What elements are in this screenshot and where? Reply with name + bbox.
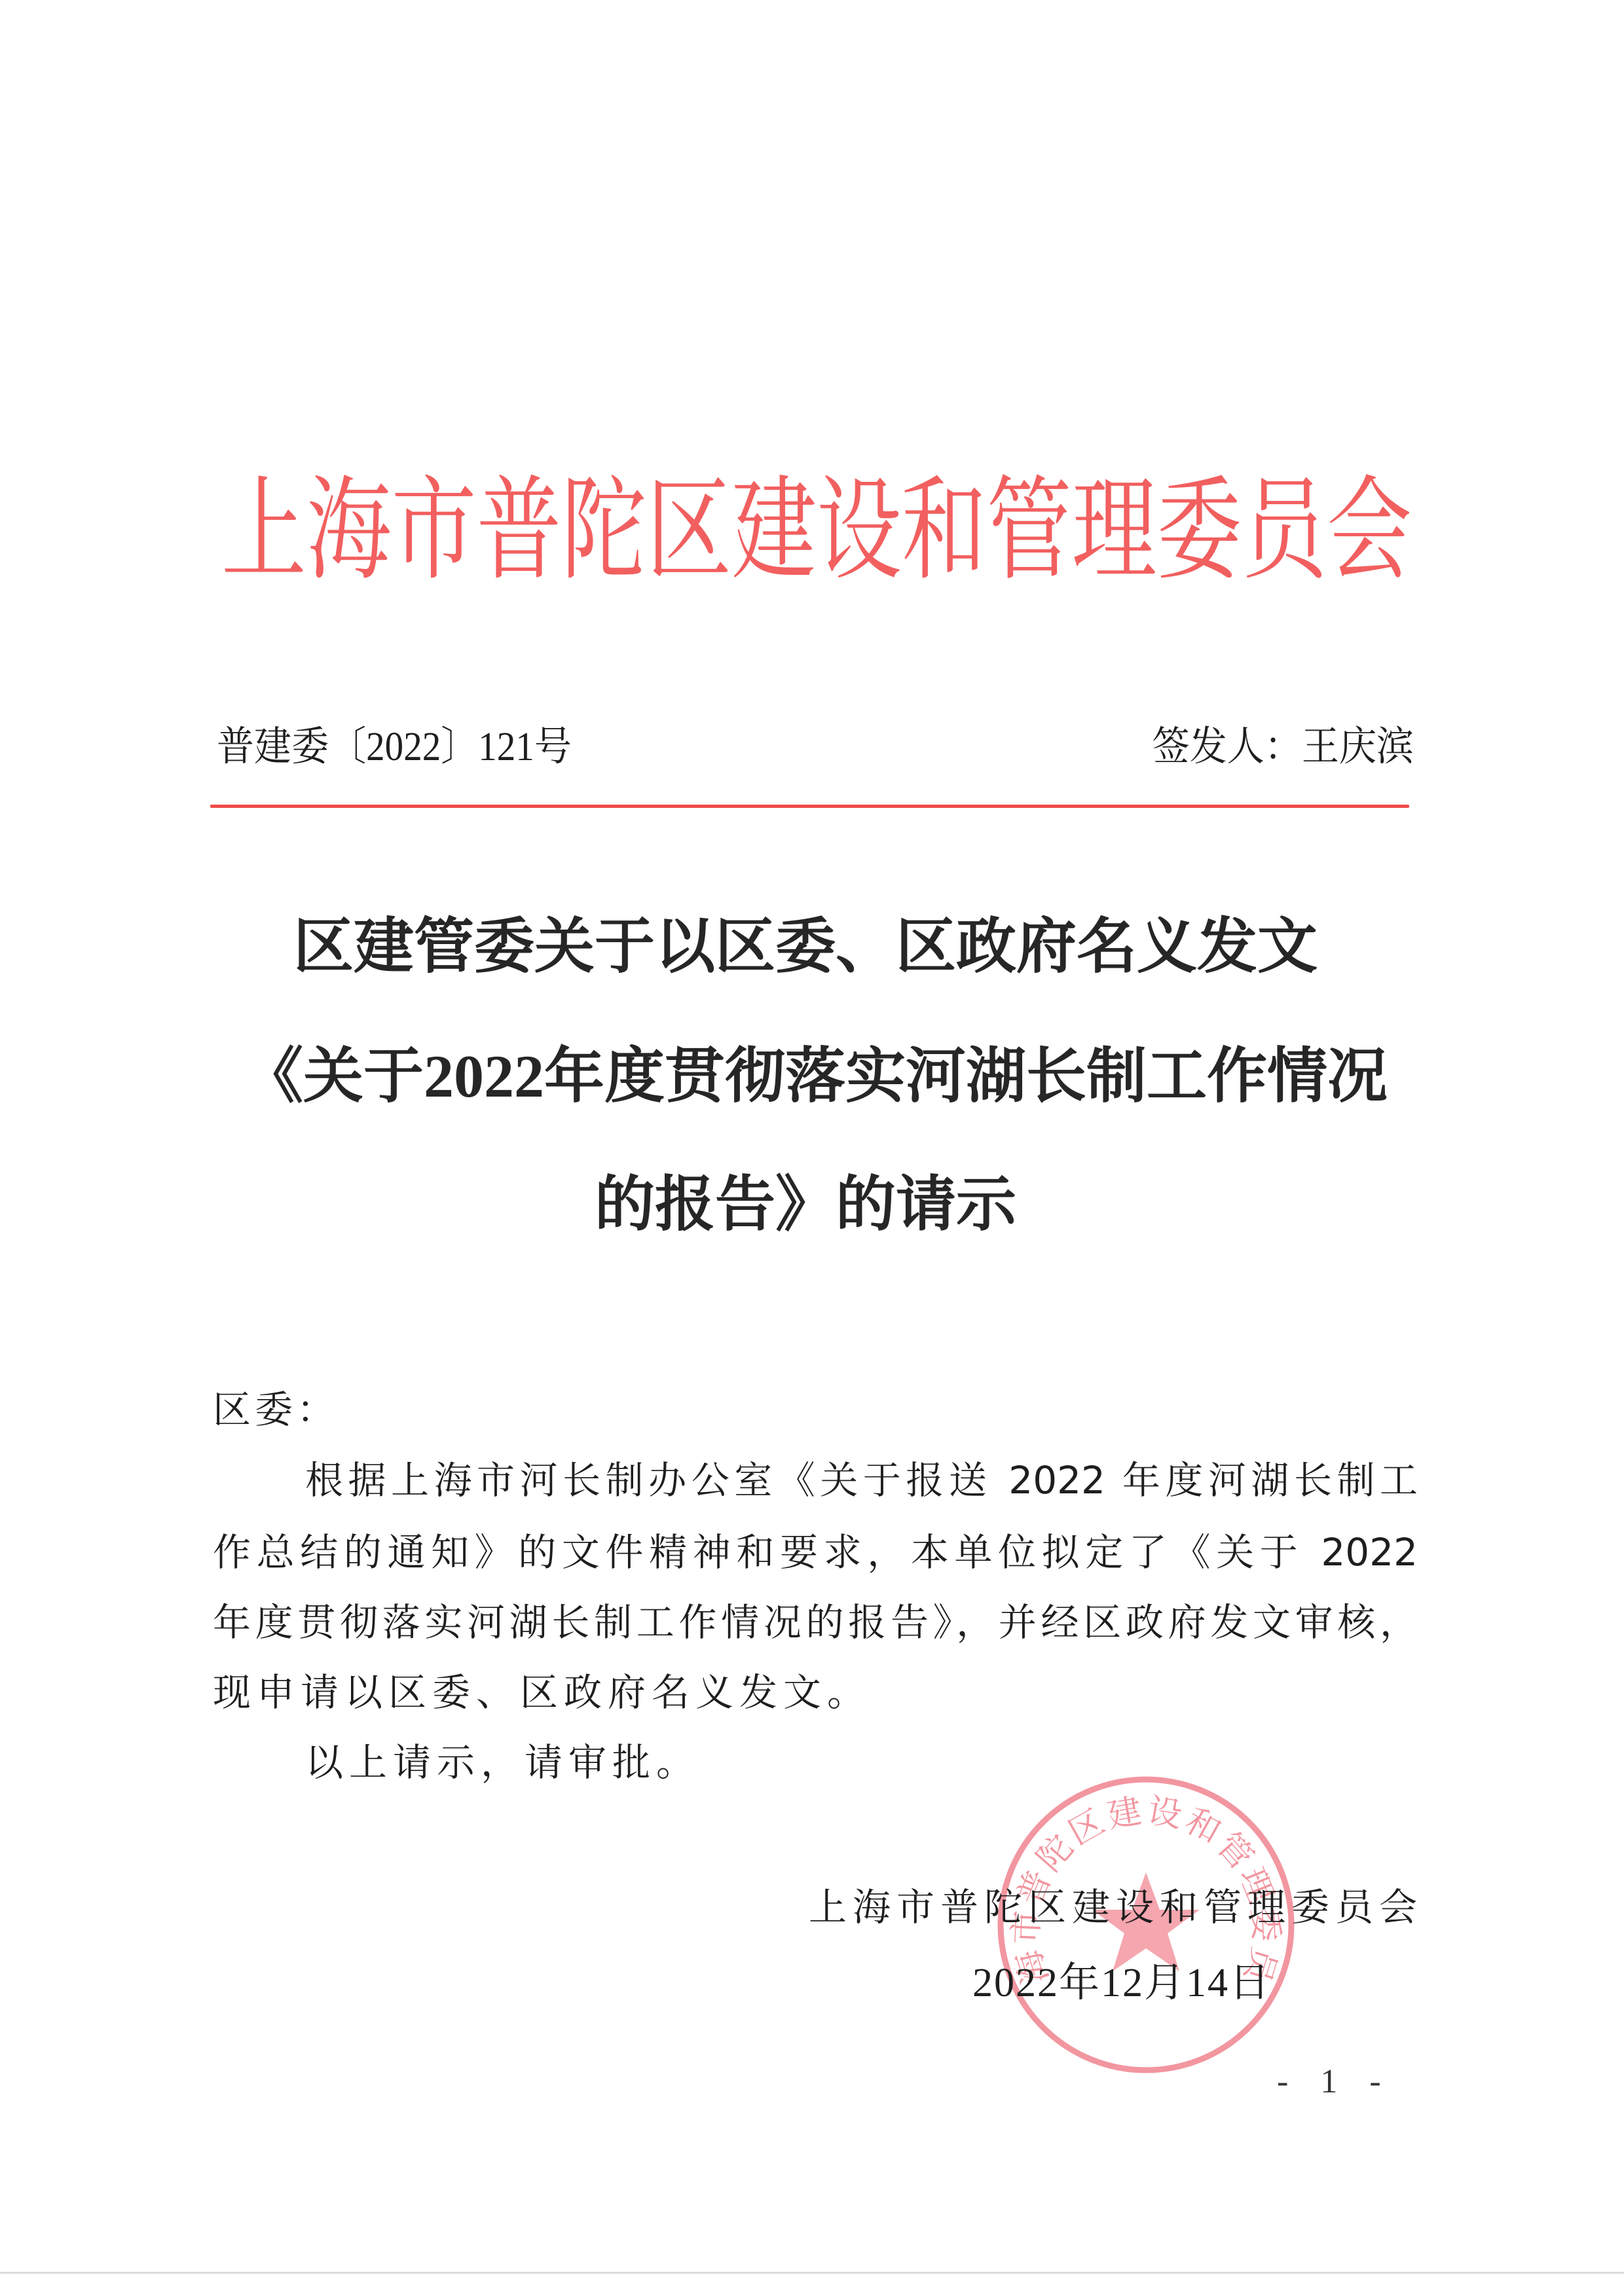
- body-paragraph-line: 年度贯彻落实河湖长制工作情况的报告》，并经区政府发文审核，: [213, 1599, 1418, 1645]
- signer: 签发人：王庆滨: [1153, 724, 1414, 770]
- red-separator-line: [210, 805, 1409, 808]
- salutation: 区委：: [213, 1387, 339, 1432]
- page-number: - 1 -: [1277, 2062, 1393, 2102]
- body-paragraph-line: 作总结的通知》的文件精神和要求，本单位拟定了《关于 2022: [213, 1529, 1418, 1575]
- body-paragraph-line: 根据上海市河长制办公室《关于报送 2022 年度河湖长制工: [305, 1457, 1418, 1503]
- svg-text:上海市普陀区建设和管理委员会: 上海市普陀区建设和管理委员会: [995, 1774, 1284, 1989]
- scan-edge-line: [0, 2272, 1624, 2274]
- issuer-header: 上海市普陀区建设和管理委员会: [221, 466, 1412, 597]
- document-title-line-2: 《关于2022年度贯彻落实河湖长制工作情况: [0, 1044, 1624, 1109]
- document-number: 普建委〔2022〕121号: [217, 724, 572, 770]
- document-title-line-1: 区建管委关于以区委、区政府名义发文: [0, 914, 1624, 979]
- signing-organization: 上海市普陀区建设和管理委员会: [809, 1884, 1423, 1930]
- body-paragraph-line: 现申请以区委、区政府名义发文。: [213, 1669, 1418, 1715]
- signing-date: 2022年12月14日: [972, 1960, 1271, 2006]
- document-title-line-3: 的报告》的请示: [0, 1172, 1624, 1237]
